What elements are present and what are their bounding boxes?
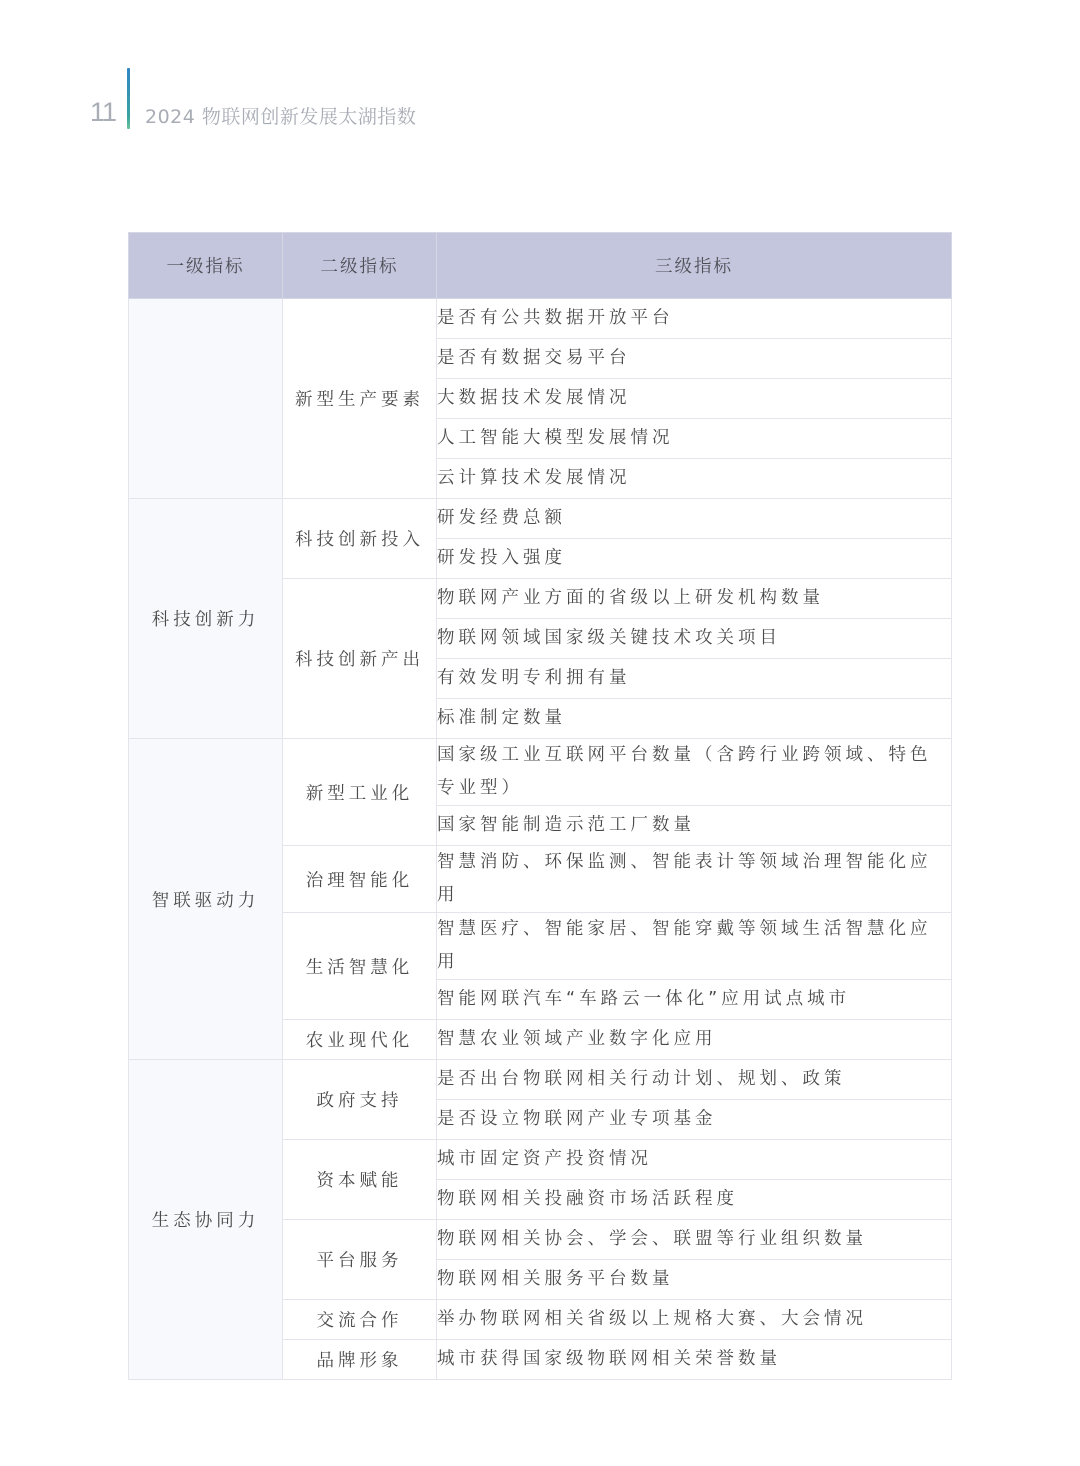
level3-cell: 城市固定资产投资情况 <box>437 1140 952 1180</box>
level2-cell: 农业现代化 <box>283 1020 437 1060</box>
level3-cell: 物联网相关投融资市场活跃程度 <box>437 1180 952 1220</box>
level2-cell: 品牌形象 <box>283 1340 437 1380</box>
level3-cell: 是否有公共数据开放平台 <box>437 299 952 339</box>
level3-cell: 是否出台物联网相关行动计划、规划、政策 <box>437 1060 952 1100</box>
page-number: 11 <box>90 97 116 128</box>
level3-cell: 物联网相关协会、学会、联盟等行业组织数量 <box>437 1220 952 1260</box>
level2-cell: 科技创新投入 <box>283 499 437 579</box>
level2-cell: 政府支持 <box>283 1060 437 1140</box>
level2-cell: 科技创新产出 <box>283 579 437 739</box>
level3-cell: 人工智能大模型发展情况 <box>437 419 952 459</box>
level3-cell: 研发投入强度 <box>437 539 952 579</box>
level2-cell: 交流合作 <box>283 1300 437 1340</box>
level3-cell: 是否有数据交易平台 <box>437 339 952 379</box>
indicator-table: 一级指标 二级指标 三级指标 新型生产要素 是否有公共数据开放平台 是否有数据交… <box>128 232 952 1380</box>
level1-cell: 智联驱动力 <box>129 739 283 1060</box>
table-row: 科技创新力 科技创新投入 研发经费总额 <box>129 499 952 539</box>
level3-cell: 国家智能制造示范工厂数量 <box>437 806 952 846</box>
page-header: 11 2024 物联网创新发展太湖指数 <box>0 0 1080 150</box>
header-level3: 三级指标 <box>437 233 952 299</box>
level3-cell: 云计算技术发展情况 <box>437 459 952 499</box>
level2-cell: 新型工业化 <box>283 739 437 846</box>
level3-cell: 是否设立物联网产业专项基金 <box>437 1100 952 1140</box>
level3-cell: 物联网领域国家级关键技术攻关项目 <box>437 619 952 659</box>
level3-cell: 研发经费总额 <box>437 499 952 539</box>
accent-divider <box>127 68 130 129</box>
document-title: 2024 物联网创新发展太湖指数 <box>145 102 416 129</box>
level2-cell: 新型生产要素 <box>283 299 437 499</box>
level3-cell: 举办物联网相关省级以上规格大赛、大会情况 <box>437 1300 952 1340</box>
level2-cell: 生活智慧化 <box>283 913 437 1020</box>
header-level1: 一级指标 <box>129 233 283 299</box>
level1-cell: 科技创新力 <box>129 499 283 739</box>
level2-cell: 资本赋能 <box>283 1140 437 1220</box>
level3-cell: 物联网相关服务平台数量 <box>437 1260 952 1300</box>
level1-cell <box>129 299 283 499</box>
table-row: 智联驱动力 新型工业化 国家级工业互联网平台数量（含跨行业跨领域、特色专业型） <box>129 739 952 806</box>
level2-cell: 治理智能化 <box>283 846 437 913</box>
level3-cell: 智能网联汽车“车路云一体化”应用试点城市 <box>437 980 952 1020</box>
level3-cell: 标准制定数量 <box>437 699 952 739</box>
level3-cell: 智慧医疗、智能家居、智能穿戴等领域生活智慧化应用 <box>437 913 952 980</box>
table-row: 新型生产要素 是否有公共数据开放平台 <box>129 299 952 339</box>
header-level2: 二级指标 <box>283 233 437 299</box>
level3-cell: 智慧农业领域产业数字化应用 <box>437 1020 952 1060</box>
level3-cell: 大数据技术发展情况 <box>437 379 952 419</box>
level2-cell: 平台服务 <box>283 1220 437 1300</box>
level3-cell: 物联网产业方面的省级以上研发机构数量 <box>437 579 952 619</box>
table-row: 生态协同力 政府支持 是否出台物联网相关行动计划、规划、政策 <box>129 1060 952 1100</box>
level3-cell: 国家级工业互联网平台数量（含跨行业跨领域、特色专业型） <box>437 739 952 806</box>
level3-cell: 有效发明专利拥有量 <box>437 659 952 699</box>
level3-cell: 智慧消防、环保监测、智能表计等领域治理智能化应用 <box>437 846 952 913</box>
table-header-row: 一级指标 二级指标 三级指标 <box>129 233 952 299</box>
level3-cell: 城市获得国家级物联网相关荣誉数量 <box>437 1340 952 1380</box>
level1-cell: 生态协同力 <box>129 1060 283 1380</box>
